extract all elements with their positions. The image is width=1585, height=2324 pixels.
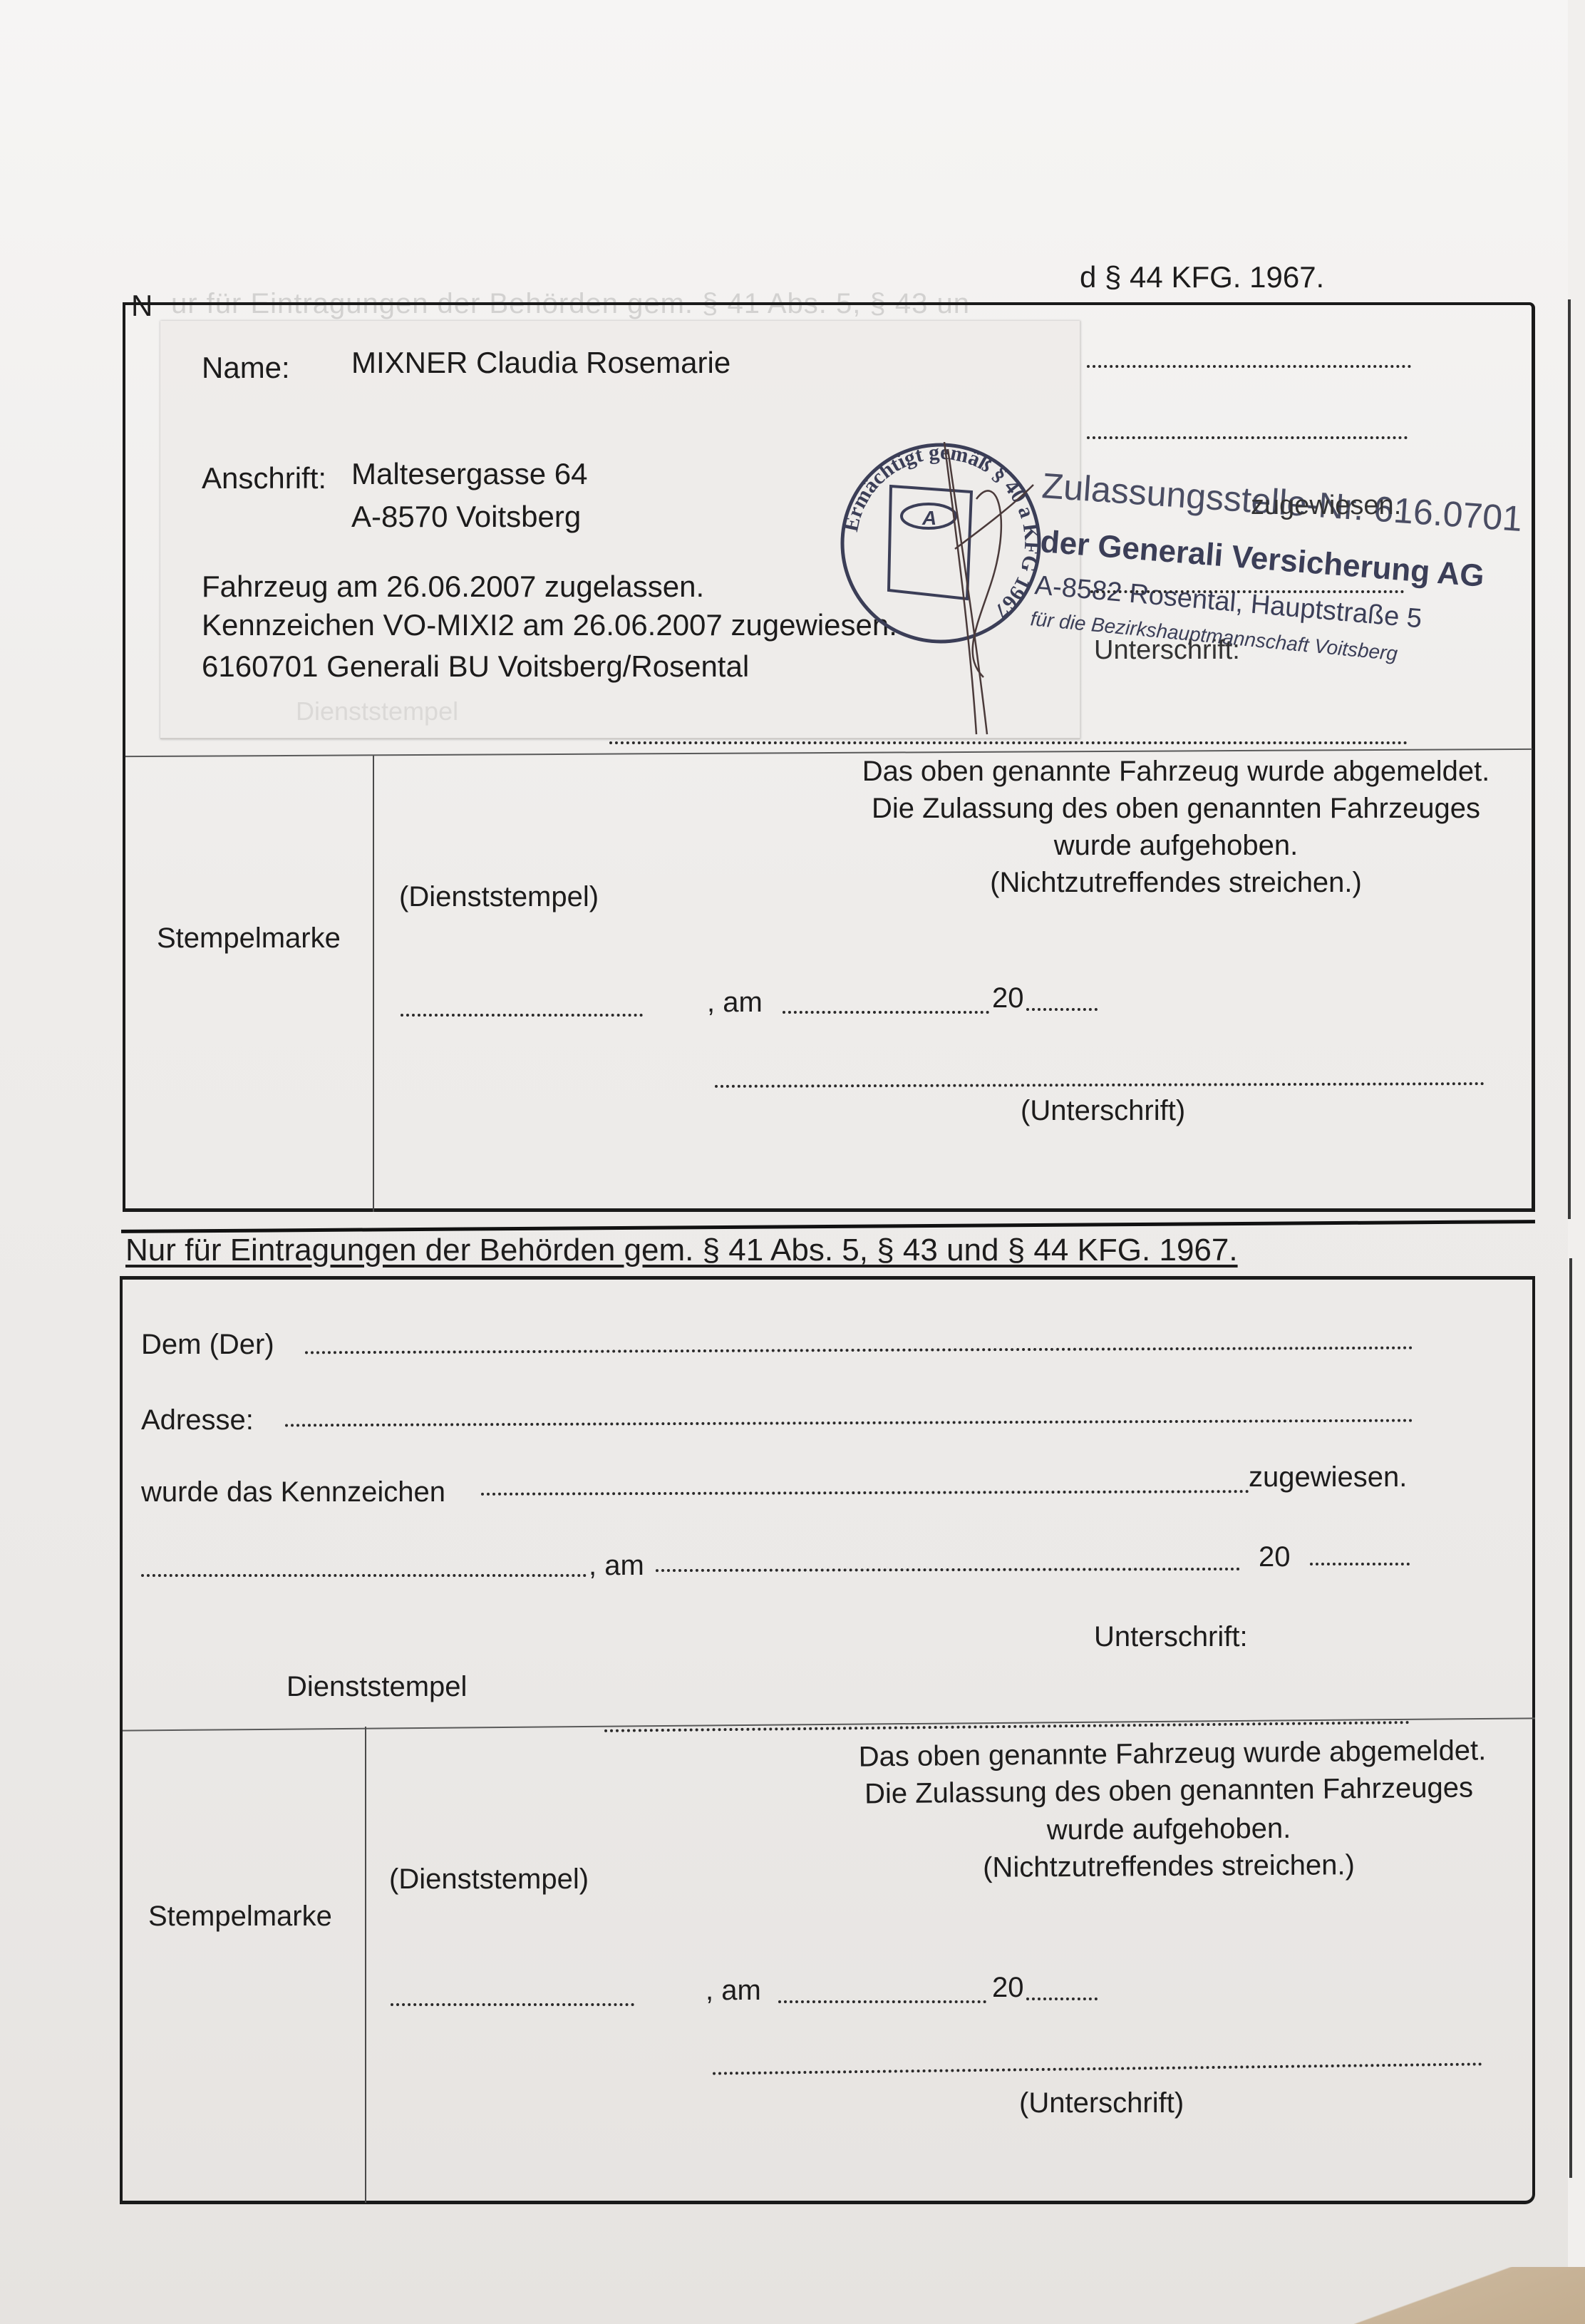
- section1-abmeldung-line2: Die Zulassung des oben genannten Fahrzeu…: [841, 794, 1511, 823]
- hidden-dienststempel-text: Dienststempel: [296, 699, 458, 724]
- section1-abmeldung-line4: (Nichtzutreffendes streichen.): [841, 868, 1511, 897]
- section2-abmeldung-line1: Das oben genannte Fahrzeug wurde abgemel…: [834, 1736, 1511, 1772]
- section2-am-label: , am: [589, 1551, 644, 1580]
- section2-abmeldung-line3: wurde aufgehoben.: [834, 1813, 1504, 1846]
- section1-unterschrift: (Unterschrift): [1021, 1096, 1185, 1125]
- section1-place-field[interactable]: [401, 1014, 643, 1017]
- section2-place-field-lower[interactable]: [391, 2003, 634, 2006]
- section2-place-field[interactable]: [141, 1574, 587, 1577]
- address-street: Maltesergasse 64: [351, 459, 588, 489]
- section2-stempelmarke: Stempelmarke: [148, 1902, 332, 1930]
- section2-unterschrift-label: Unterschrift:: [1094, 1623, 1248, 1651]
- underprint-unterschrift: Unterschrift:: [1094, 637, 1240, 664]
- section1-abmeldung-line1: Das oben genannte Fahrzeug wurde abgemel…: [841, 757, 1511, 786]
- section1-date-field[interactable]: [783, 1011, 989, 1014]
- section2-year-field-lower[interactable]: [1026, 1997, 1098, 2000]
- adjacent-page-border: [1568, 299, 1571, 1219]
- table-surface: [1354, 2267, 1585, 2324]
- section1-abmeldung-line3: wurde aufgehoben.: [841, 831, 1511, 860]
- section2-year-prefix-lower: 20: [992, 1973, 1024, 2002]
- section2-unterschrift: (Unterschrift): [1019, 2089, 1184, 2117]
- zugewiesen-label: zugewiesen.: [1249, 1463, 1407, 1491]
- address-field-line: [1087, 436, 1408, 439]
- section2-heading: Nur für Eintragungen der Behörden gem. §…: [125, 1235, 1238, 1266]
- registration-date-line: Fahrzeug am 26.06.2007 zugelassen.: [202, 572, 704, 602]
- section2-dienststempel-label: Dienststempel: [286, 1672, 467, 1701]
- address-label: Anschrift:: [202, 463, 326, 493]
- section2-dienststempel: (Dienststempel): [389, 1865, 589, 1893]
- registration-office-line: 6160701 Generali BU Voitsberg/Rosental: [202, 652, 749, 682]
- name-field-line: [1087, 365, 1411, 368]
- name-label: Name:: [202, 353, 290, 383]
- signature-icon: [934, 442, 1041, 741]
- section2-abmeldung-line2: Die Zulassung des oben genannten Fahrzeu…: [834, 1773, 1504, 1809]
- owner-name: MIXNER Claudia Rosemarie: [351, 348, 730, 378]
- section2-year-prefix: 20: [1259, 1543, 1291, 1571]
- section1-column-divider: [373, 756, 374, 1212]
- dem-der-label: Dem (Der): [141, 1330, 274, 1359]
- section2-abmeldung-line4: (Nichtzutreffendes streichen.): [834, 1850, 1504, 1883]
- adjacent-page-border: [1569, 1258, 1572, 2178]
- section2-year-field[interactable]: [1310, 1563, 1410, 1565]
- section2-date-field-lower[interactable]: [778, 2000, 986, 2003]
- section1-signature-line-top: [609, 741, 1408, 744]
- address-city: A-8570 Voitsberg: [351, 502, 581, 532]
- underprint-zugewiesen: zugewiesen.: [1251, 492, 1401, 519]
- section1-am-label: , am: [707, 988, 763, 1017]
- section2-am-label-lower: , am: [706, 1976, 761, 2005]
- underprint-date-line: [1090, 590, 1404, 593]
- section1-year-prefix: 20: [992, 984, 1024, 1012]
- section1-stempelmarke: Stempelmarke: [157, 924, 341, 952]
- section2-top-rule: [121, 1220, 1535, 1233]
- kennzeichen-label: wurde das Kennzeichen: [141, 1478, 445, 1506]
- license-plate-line: Kennzeichen VO-MIXI2 am 26.06.2007 zugew…: [202, 610, 897, 640]
- section1-heading-visible: d § 44 KFG. 1967.: [1080, 262, 1324, 292]
- section2-column-divider: [365, 1727, 366, 2203]
- section1-year-field[interactable]: [1026, 1008, 1098, 1011]
- adresse-label: Adresse:: [141, 1406, 254, 1434]
- section1-dienststempel: (Dienststempel): [399, 883, 599, 911]
